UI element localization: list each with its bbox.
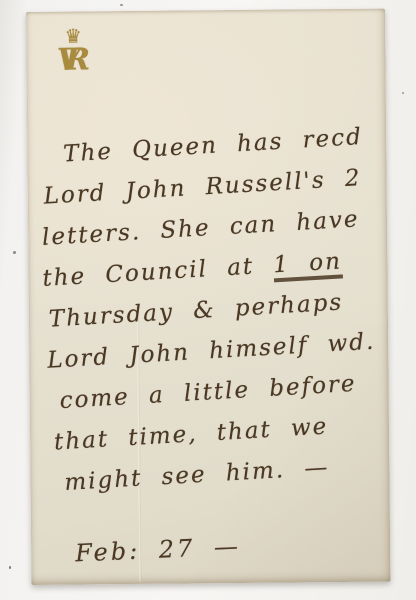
letter-paper: ♛ VR The Queen has recdLord John Russell… [26, 9, 390, 585]
underlined-phrase: 1 on [273, 248, 343, 282]
royal-crest: ♛ VR [46, 27, 100, 76]
dust-speck [120, 4, 123, 6]
photograph-background: ♛ VR The Queen has recdLord John Russell… [0, 0, 416, 600]
dust-speck [402, 92, 404, 94]
handwriting-block: The Queen has recdLord John Russell's 2l… [34, 116, 395, 504]
dust-speck [9, 566, 11, 569]
royal-monogram: VR [46, 45, 100, 76]
dust-speck [13, 251, 16, 254]
